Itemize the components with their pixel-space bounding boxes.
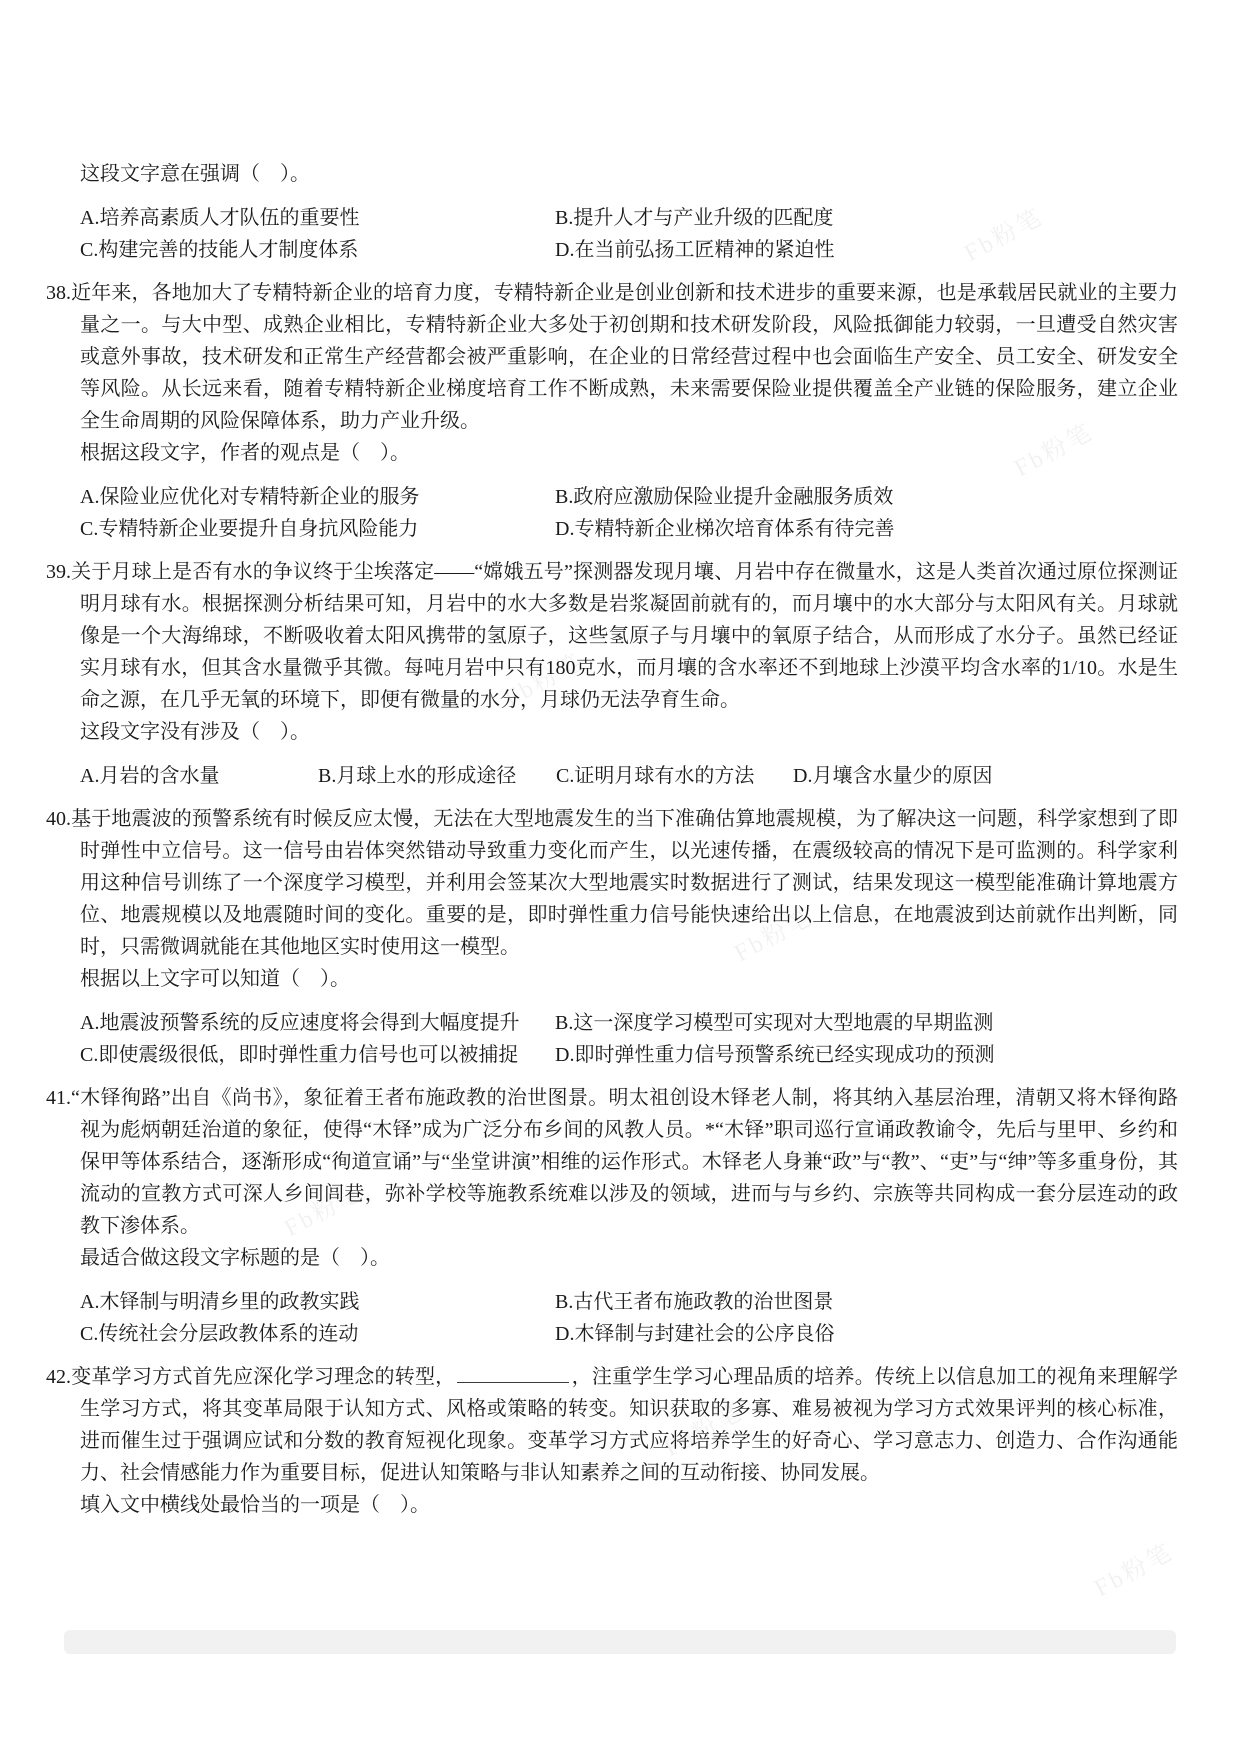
question-body: 41.“木铎徇路”出自《尚书》，象征着王者布施政教的治世图景。明太祖创设木铎老人… xyxy=(46,1082,1178,1242)
question-stem: 根据这段文字，作者的观点是（ ）。 xyxy=(46,437,1178,469)
options-list: A.地震波预警系统的反应速度将会得到大幅度提升B.这一深度学习模型可实现对大型地… xyxy=(46,1007,1178,1071)
question-block-41: 41.“木铎徇路”出自《尚书》，象征着王者布施政教的治世图景。明太祖创设木铎老人… xyxy=(46,1082,1178,1350)
option-c: C.即使震级很低，即时弹性重力信号也可以被捕捉 xyxy=(80,1039,555,1071)
question-block-continuation: 这段文字意在强调（ ）。A.培养高素质人才队伍的重要性B.提升人才与产业升级的匹… xyxy=(46,158,1178,266)
option-d: D.即时弹性重力信号预警系统已经实现成功的预测 xyxy=(555,1039,1178,1071)
question-number: 39. xyxy=(46,561,71,583)
option-c: C.专精特新企业要提升自身抗风险能力 xyxy=(80,513,555,545)
option-d: D.专精特新企业梯次培育体系有待完善 xyxy=(555,513,1178,545)
option-a: A.培养高素质人才队伍的重要性 xyxy=(80,202,555,234)
option-b: B.政府应激励保险业提升金融服务质效 xyxy=(555,481,1178,513)
question-stem: 根据以上文字可以知道（ ）。 xyxy=(46,963,1178,995)
option-c: C.证明月球有水的方法 xyxy=(556,760,793,792)
page-footer-band xyxy=(64,1630,1176,1654)
options-list: A.培养高素质人才队伍的重要性B.提升人才与产业升级的匹配度C.构建完善的技能人… xyxy=(46,202,1178,266)
option-b: B.这一深度学习模型可实现对大型地震的早期监测 xyxy=(555,1007,1178,1039)
watermark-text: Fb粉笔 xyxy=(1087,1532,1179,1603)
option-a: A.地震波预警系统的反应速度将会得到大幅度提升 xyxy=(80,1007,555,1039)
question-stem: 这段文字没有涉及（ ）。 xyxy=(46,716,1178,748)
option-d: D.木铎制与封建社会的公序良俗 xyxy=(555,1318,1178,1350)
option-b: B.古代王者布施政教的治世图景 xyxy=(555,1286,1178,1318)
option-d: D.月壤含水量少的原因 xyxy=(793,760,1178,792)
option-c: C.传统社会分层政教体系的连动 xyxy=(80,1318,555,1350)
question-number: 40. xyxy=(46,808,71,830)
option-b: B.月球上水的形成途径 xyxy=(318,760,556,792)
options-list: A.保险业应优化对专精特新企业的服务B.政府应激励保险业提升金融服务质效C.专精… xyxy=(46,481,1178,545)
options-list: A.月岩的含水量B.月球上水的形成途径C.证明月球有水的方法D.月壤含水量少的原… xyxy=(46,760,1178,792)
option-a: A.木铎制与明清乡里的政教实践 xyxy=(80,1286,555,1318)
option-a: A.月岩的含水量 xyxy=(80,760,318,792)
question-stem: 这段文字意在强调（ ）。 xyxy=(46,158,1178,190)
question-stem: 最适合做这段文字标题的是（ ）。 xyxy=(46,1242,1178,1274)
question-block-40: 40.基于地震波的预警系统有时候反应太慢，无法在大型地震发生的当下准确估算地震规… xyxy=(46,803,1178,1071)
option-b: B.提升人才与产业升级的匹配度 xyxy=(555,202,1178,234)
question-body: 38.近年来，各地加大了专精特新企业的培育力度，专精特新企业是创业创新和技术进步… xyxy=(46,277,1178,437)
option-d: D.在当前弘扬工匠精神的紧迫性 xyxy=(555,234,1178,266)
question-body: 42.变革学习方式首先应深化学习理念的转型，，注重学生学习心理品质的培养。传统上… xyxy=(46,1361,1178,1489)
question-number: 41. xyxy=(46,1087,71,1109)
option-c: C.构建完善的技能人才制度体系 xyxy=(80,234,555,266)
options-list: A.木铎制与明清乡里的政教实践B.古代王者布施政教的治世图景C.传统社会分层政教… xyxy=(46,1286,1178,1350)
exam-page: 这段文字意在强调（ ）。A.培养高素质人才队伍的重要性B.提升人才与产业升级的匹… xyxy=(46,158,1178,1521)
question-block-39: 39.关于月球上是否有水的争议终于尘埃落定——“嫦娥五号”探测器发现月壤、月岩中… xyxy=(46,556,1178,792)
question-body: 39.关于月球上是否有水的争议终于尘埃落定——“嫦娥五号”探测器发现月壤、月岩中… xyxy=(46,556,1178,716)
fill-in-blank-line xyxy=(457,1364,569,1383)
question-block-42: 42.变革学习方式首先应深化学习理念的转型，，注重学生学习心理品质的培养。传统上… xyxy=(46,1361,1178,1521)
question-block-38: 38.近年来，各地加大了专精特新企业的培育力度，专精特新企业是创业创新和技术进步… xyxy=(46,277,1178,545)
question-body: 40.基于地震波的预警系统有时候反应太慢，无法在大型地震发生的当下准确估算地震规… xyxy=(46,803,1178,963)
question-stem: 填入文中横线处最恰当的一项是（ ）。 xyxy=(46,1489,1178,1521)
question-number: 38. xyxy=(46,282,71,304)
option-a: A.保险业应优化对专精特新企业的服务 xyxy=(80,481,555,513)
question-number: 42. xyxy=(46,1366,71,1388)
